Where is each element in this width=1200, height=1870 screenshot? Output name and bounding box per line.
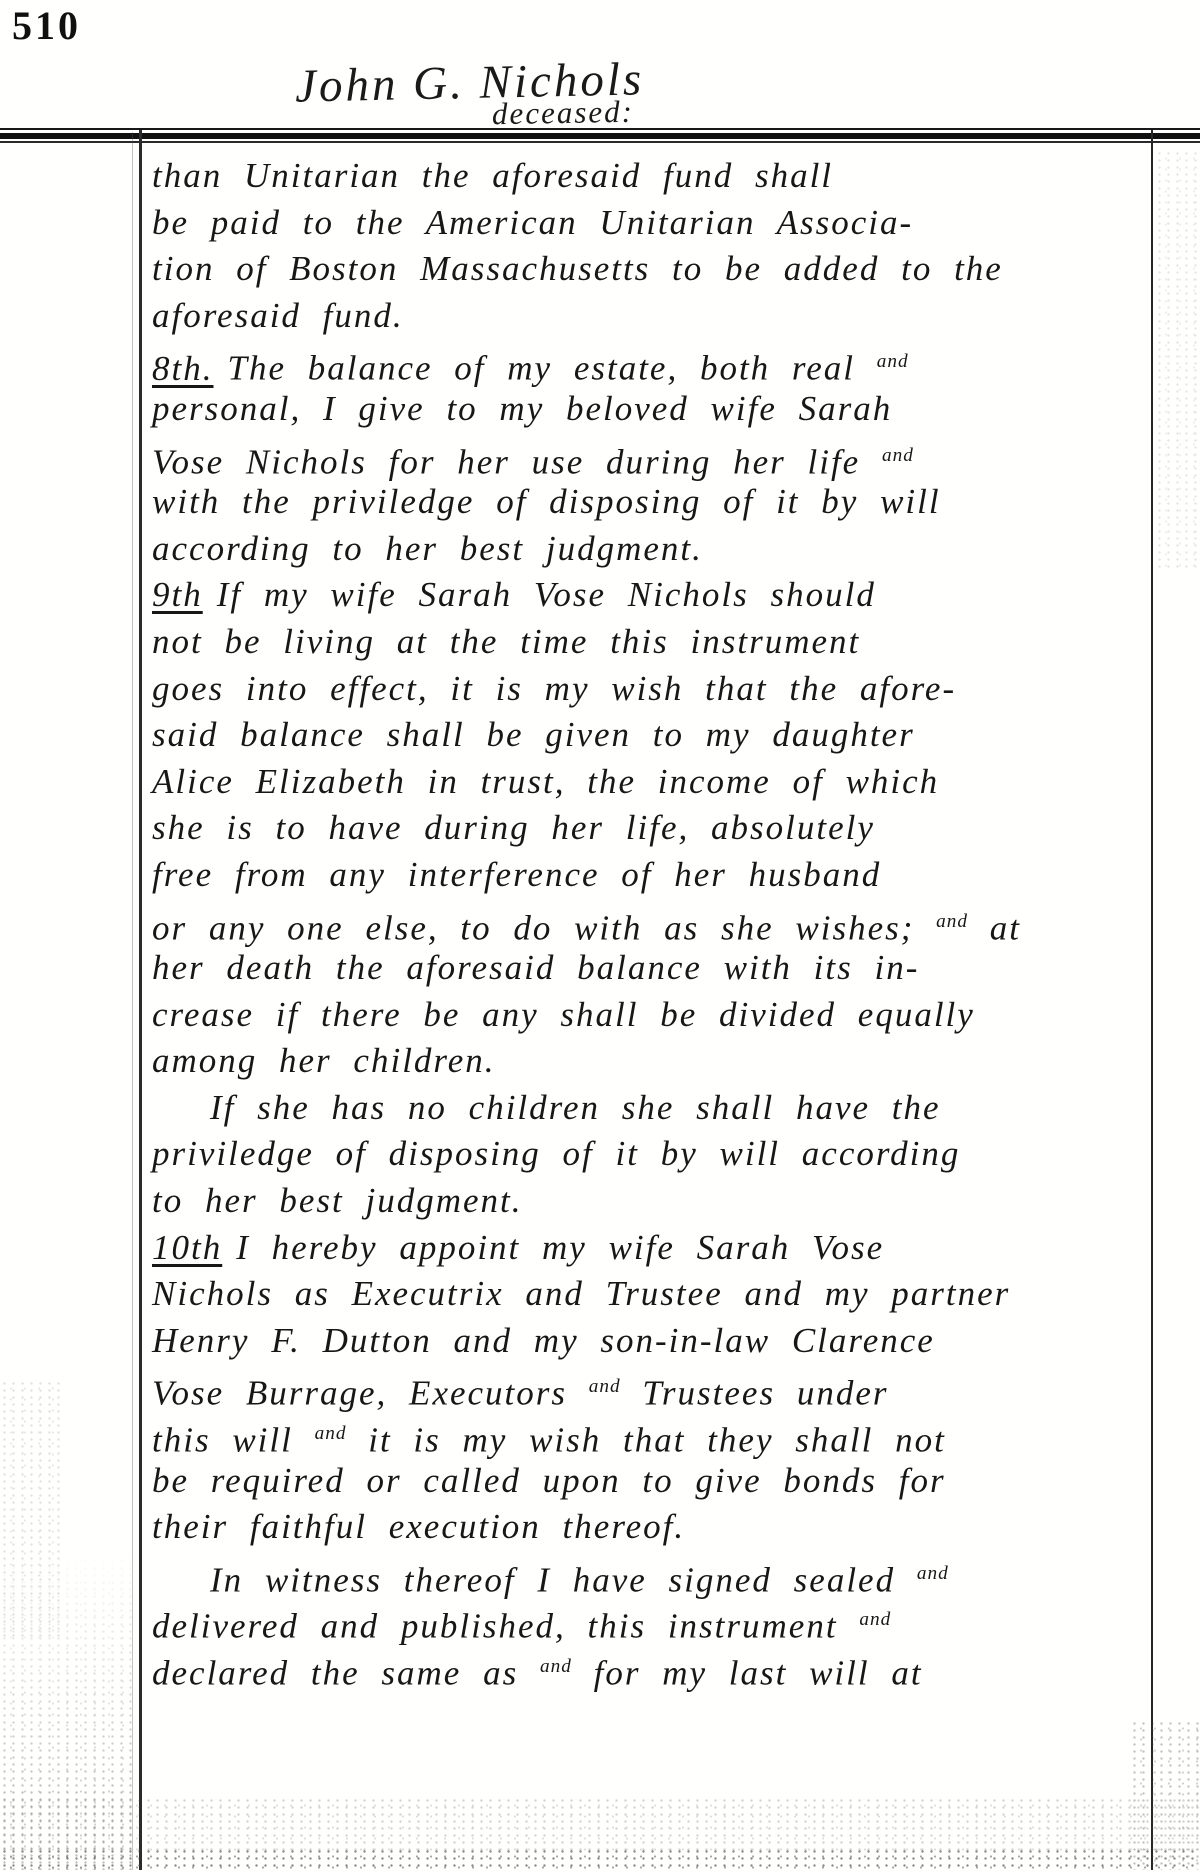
manuscript-line: according to her best judgment. — [152, 526, 1162, 573]
clause-number: 9th — [152, 575, 217, 614]
manuscript-line: delivered and published, this instrument… — [152, 1597, 1162, 1644]
manuscript-line: 10thI hereby appoint my wife Sarah Vose — [152, 1225, 1162, 1272]
manuscript-line: with the priviledge of disposing of it b… — [152, 479, 1162, 526]
manuscript-line: personal, I give to my beloved wife Sara… — [152, 386, 1162, 433]
manuscript-line: aforesaid fund. — [152, 293, 1162, 340]
scan-noise-bottom-edge — [0, 1848, 1200, 1870]
manuscript-line: their faithful execution thereof. — [152, 1504, 1162, 1551]
manuscript-line: to her best judgment. — [152, 1178, 1162, 1225]
manuscript-line: be required or called upon to give bonds… — [152, 1458, 1162, 1505]
manuscript-line: Vose Nichols for her use during her life… — [152, 433, 1162, 480]
header-deceased-label: deceased: — [492, 94, 635, 132]
manuscript-page: 510 John G. Nichols deceased: than Unita… — [0, 0, 1200, 1870]
manuscript-line: 9thIf my wife Sarah Vose Nichols should — [152, 572, 1162, 619]
manuscript-line: In witness thereof I have signed sealed … — [152, 1551, 1162, 1598]
header-double-rule — [0, 128, 1200, 143]
manuscript-line: Henry F. Dutton and my son-in-law Claren… — [152, 1318, 1162, 1365]
manuscript-line: said balance shall be given to my daught… — [152, 712, 1162, 759]
page-number: 510 — [12, 2, 81, 49]
manuscript-line: If she has no children she shall have th… — [152, 1085, 1162, 1132]
manuscript-line: among her children. — [152, 1038, 1162, 1085]
manuscript-line: priviledge of disposing of it by will ac… — [152, 1131, 1162, 1178]
manuscript-line: be paid to the American Unitarian Associ… — [152, 200, 1162, 247]
manuscript-line: this will and it is my wish that they sh… — [152, 1411, 1162, 1458]
clause-number: 8th. — [152, 349, 227, 388]
clause-number: 10th — [152, 1228, 236, 1267]
manuscript-line: she is to have during her life, absolute… — [152, 805, 1162, 852]
manuscript-line: declared the same as and for my last wil… — [152, 1644, 1162, 1691]
manuscript-line: or any one else, to do with as she wishe… — [152, 899, 1162, 946]
manuscript-line: not be living at the time this instrumen… — [152, 619, 1162, 666]
manuscript-line: free from any interference of her husban… — [152, 852, 1162, 899]
manuscript-line: Vose Burrage, Executors and Trustees und… — [152, 1364, 1162, 1411]
scan-noise-bottom-soft — [0, 1797, 1200, 1852]
manuscript-line: 8th.The balance of my estate, both real … — [152, 339, 1162, 386]
manuscript-line: her death the aforesaid balance with its… — [152, 945, 1162, 992]
scan-noise-top-right — [1155, 150, 1200, 570]
manuscript-line: tion of Boston Massachusetts to be added… — [152, 246, 1162, 293]
manuscript-line: goes into effect, it is my wish that the… — [152, 666, 1162, 713]
manuscript-line: Nichols as Executrix and Trustee and my … — [152, 1271, 1162, 1318]
manuscript-line: than Unitarian the aforesaid fund shall — [152, 153, 1162, 200]
manuscript: than Unitarian the aforesaid fund shallb… — [152, 153, 1162, 1691]
left-margin-rule — [139, 130, 142, 1870]
manuscript-line: crease if there be any shall be divided … — [152, 992, 1162, 1039]
manuscript-line: Alice Elizabeth in trust, the income of … — [152, 759, 1162, 806]
